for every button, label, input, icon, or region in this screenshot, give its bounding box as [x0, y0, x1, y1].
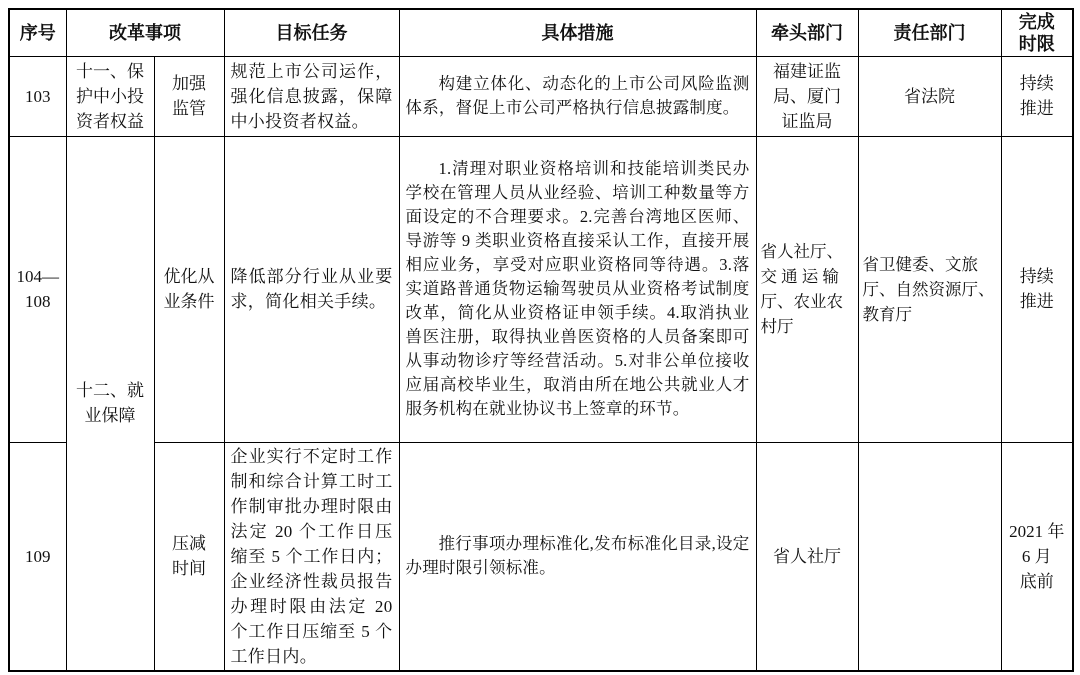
table-row-103: 103 十一、保 护中小投 资者权益 加强 监管 规范上市公司运作，强化信息披露… [9, 56, 1073, 136]
measures-text: 构建立体化、动态化的上市公司风险监测体系，督促上市公司严格执行信息披露制度。 [406, 72, 750, 120]
header-serial: 序号 [9, 9, 66, 56]
cell-serial: 109 [9, 442, 66, 671]
cell-serial: 103 [9, 56, 66, 136]
header-deadline: 完成 时限 [1001, 9, 1073, 56]
cell-measures: 推行事项办理标准化,发布标准化目录,设定办理时限引领标准。 [399, 442, 756, 671]
cell-target-task: 降低部分行业从业要求，简化相关手续。 [224, 136, 399, 442]
table-header: 序号 改革事项 目标任务 具体措施 牵头部门 责任部门 完成 时限 [9, 9, 1073, 56]
table-body: 103 十一、保 护中小投 资者权益 加强 监管 规范上市公司运作，强化信息披露… [9, 56, 1073, 671]
measures-text: 推行事项办理标准化,发布标准化目录,设定办理时限引领标准。 [406, 532, 750, 580]
cell-serial: 104— 108 [9, 136, 66, 442]
cell-lead-dept: 福建证监 局、厦门 证监局 [756, 56, 858, 136]
cell-deadline: 持续 推进 [1001, 56, 1073, 136]
cell-sub-item: 加强 监管 [154, 56, 224, 136]
header-measures: 具体措施 [399, 9, 756, 56]
cell-deadline: 2021 年 6 月 底前 [1001, 442, 1073, 671]
table-row-109: 109 压减 时间 企业实行不定时工作制和综合计算工时工作制审批办理时限由法定 … [9, 442, 1073, 671]
cell-resp-dept: 省法院 [858, 56, 1001, 136]
cell-resp-dept [858, 442, 1001, 671]
measures-text: 1.清理对职业资格培训和技能培训类民办学校在管理人员从业经验、培训工种数量等方面… [406, 157, 750, 421]
header-reform-item: 改革事项 [66, 9, 224, 56]
reform-tasks-table: 序号 改革事项 目标任务 具体措施 牵头部门 责任部门 完成 时限 103 十一… [8, 8, 1074, 672]
header-lead-dept: 牵头部门 [756, 9, 858, 56]
cell-resp-dept: 省卫健委、文旅 厅、自然资源厅、 教育厅 [858, 136, 1001, 442]
cell-target-task: 企业实行不定时工作制和综合计算工时工作制审批办理时限由法定 20 个工作日压缩至… [224, 442, 399, 671]
target-task-text: 企业实行不定时工作制和综合计算工时工作制审批办理时限由法定 20 个工作日压缩至… [231, 444, 393, 669]
cell-measures: 构建立体化、动态化的上市公司风险监测体系，督促上市公司严格执行信息披露制度。 [399, 56, 756, 136]
cell-target-task: 规范上市公司运作，强化信息披露，保障中小投资者权益。 [224, 56, 399, 136]
cell-deadline: 持续 推进 [1001, 136, 1073, 442]
cell-measures: 1.清理对职业资格培训和技能培训类民办学校在管理人员从业经验、培训工种数量等方面… [399, 136, 756, 442]
cell-sub-item: 压减 时间 [154, 442, 224, 671]
cell-lead-dept: 省人社厅 [756, 442, 858, 671]
target-task-text: 降低部分行业从业要求，简化相关手续。 [231, 264, 393, 314]
cell-lead-dept: 省人社厅、 交 通 运 输 厅、农业农 村厅 [756, 136, 858, 442]
target-task-text: 规范上市公司运作，强化信息披露，保障中小投资者权益。 [231, 59, 393, 134]
cell-category: 十二、就 业保障 [66, 136, 154, 671]
header-target-task: 目标任务 [224, 9, 399, 56]
cell-category: 十一、保 护中小投 资者权益 [66, 56, 154, 136]
header-resp-dept: 责任部门 [858, 9, 1001, 56]
cell-sub-item: 优化从 业条件 [154, 136, 224, 442]
header-row: 序号 改革事项 目标任务 具体措施 牵头部门 责任部门 完成 时限 [9, 9, 1073, 56]
table-row-104-108: 104— 108 十二、就 业保障 优化从 业条件 降低部分行业从业要求，简化相… [9, 136, 1073, 442]
